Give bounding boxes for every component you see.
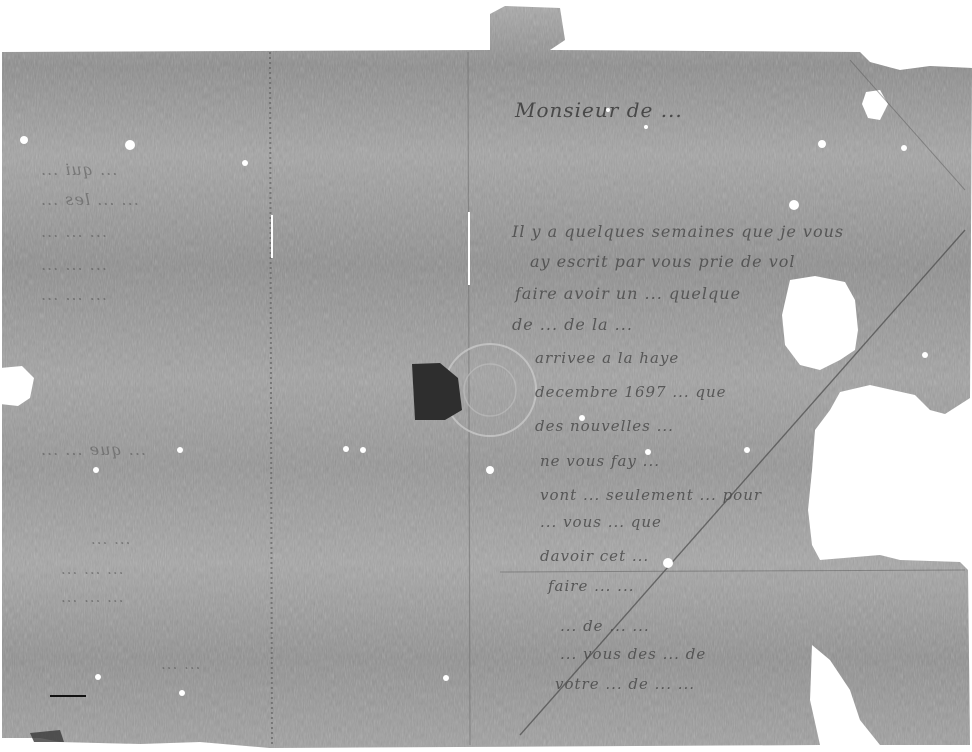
text-line: ... de ... ... xyxy=(560,617,650,635)
text-line: ... vous ... que xyxy=(540,513,662,531)
text-line: ... qui ... xyxy=(40,160,460,179)
text-line: de ... de la ... xyxy=(512,315,633,334)
scale-bar xyxy=(50,695,86,697)
text-line: ... ... xyxy=(160,655,420,673)
text-line: ... ... ... xyxy=(40,222,460,241)
text-line: ... ... xyxy=(90,530,430,548)
text-line: ... ... les ... xyxy=(40,190,460,209)
text-line: faire avoir un ... quelque xyxy=(515,284,741,303)
text-line: decembre 1697 ... que xyxy=(535,383,727,401)
text-line: faire ... ... xyxy=(548,577,634,595)
document-scan xyxy=(0,0,972,752)
text-line: vont ... seulement ... pour xyxy=(540,486,762,504)
text-line: ... ... ... xyxy=(40,285,460,304)
text-line: Il y a quelques semaines que je vous xyxy=(512,222,844,241)
text-line: votre ... de ... ... xyxy=(555,675,695,693)
text-line: ... ... ... xyxy=(40,255,460,274)
text-line: ... ... ... xyxy=(60,588,420,606)
text-line: ay escrit par vous prie de vol xyxy=(530,252,796,271)
address-line: Monsieur de ... xyxy=(515,98,683,122)
text-line: des nouvelles ... xyxy=(535,417,674,435)
text-line: ... vous des ... de xyxy=(560,645,706,663)
text-line: davoir cet ... xyxy=(540,547,649,565)
text-line: arrivee a la haye xyxy=(535,349,679,367)
text-line: ... ... ... xyxy=(60,560,420,578)
text-line: ... que ... ... xyxy=(40,440,460,459)
text-line: ne vous fay ... xyxy=(540,452,660,470)
